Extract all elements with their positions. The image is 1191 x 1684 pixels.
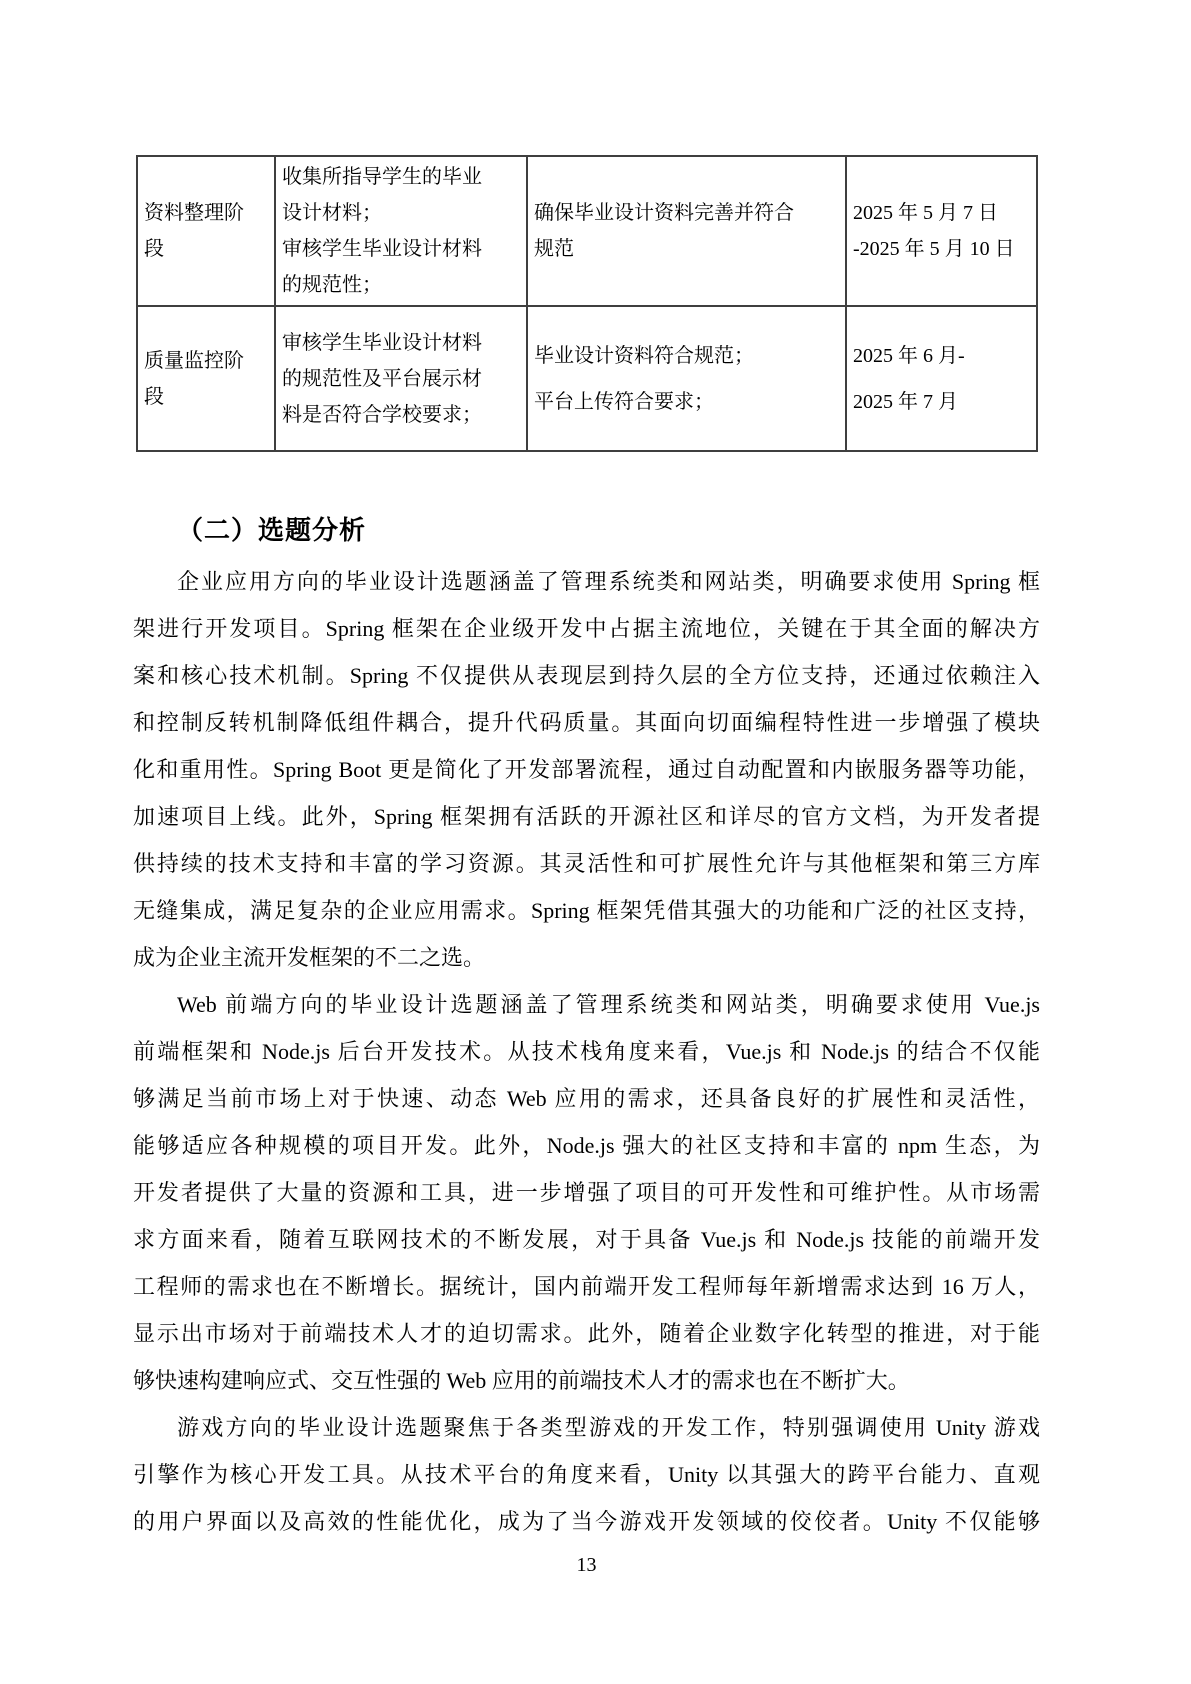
goal-cell: 确保毕业设计资料完善并符合规范 — [527, 156, 846, 306]
text-line: 2025 年 6 月- — [853, 338, 1032, 374]
text-line: 和控制反转机制降低组件耦合，提升代码质量。其面向切面编程特性进一步增强了模块 — [133, 699, 1040, 746]
text-line: 工程师的需求也在不断增长。据统计，国内前端开发工程师每年新增需求达到 16 万人… — [133, 1263, 1040, 1310]
body-text: 企业应用方向的毕业设计选题涵盖了管理系统类和网站类，明确要求使用 Spring … — [133, 558, 1040, 1545]
text-line: 前端框架和 Node.js 后台开发技术。从技术栈角度来看，Vue.js 和 N… — [133, 1028, 1040, 1075]
date-cell: 2025 年 5 月 7 日-2025 年 5 月 10 日 — [846, 156, 1037, 306]
text-line: 2025 年 5 月 7 日 — [853, 195, 1032, 231]
text-line: 确保毕业设计资料完善并符合规范 — [534, 195, 796, 267]
text-line: 能够适应各种规模的项目开发。此外，Node.js 强大的社区支持和丰富的 npm… — [133, 1122, 1040, 1169]
text-line: 案和核心技术机制。Spring 不仅提供从表现层到持久层的全方位支持，还通过依赖… — [133, 652, 1040, 699]
text-line: 2025 年 7 月 — [853, 384, 1032, 420]
page-number: 13 — [133, 1550, 1040, 1580]
text-line: 化和重用性。Spring Boot 更是简化了开发部署流程，通过自动配置和内嵌服… — [133, 746, 1040, 793]
text-line: 够快速构建响应式、交互性强的 Web 应用的前端技术人才的需求也在不断扩大。 — [133, 1357, 1040, 1404]
text-line: 加速项目上线。此外，Spring 框架拥有活跃的开源社区和详尽的官方文档，为开发… — [133, 793, 1040, 840]
schedule-table: 资料整理阶段 收集所指导学生的毕业设计材料；审核学生毕业设计材料的规范性； 确保… — [136, 155, 1038, 452]
table-row: 资料整理阶段 收集所指导学生的毕业设计材料；审核学生毕业设计材料的规范性； 确保… — [137, 156, 1037, 306]
text-line: 成为企业主流开发框架的不二之选。 — [133, 934, 1040, 981]
goal-cell: 毕业设计资料符合规范；平台上传符合要求； — [527, 306, 846, 451]
text-line: -2025 年 5 月 10 日 — [853, 231, 1032, 267]
table-row: 质量监控阶段 审核学生毕业设计材料的规范性及平台展示材料是否符合学校要求； 毕业… — [137, 306, 1037, 451]
text-line: 审核学生毕业设计材料的规范性； — [282, 231, 496, 303]
work-content-cell: 收集所指导学生的毕业设计材料；审核学生毕业设计材料的规范性； — [275, 156, 527, 306]
text-line: 架进行开发项目。Spring 框架在企业级开发中占据主流地位，关键在于其全面的解… — [133, 605, 1040, 652]
work-content-cell: 审核学生毕业设计材料的规范性及平台展示材料是否符合学校要求； — [275, 306, 527, 451]
text-line: 企业应用方向的毕业设计选题涵盖了管理系统类和网站类，明确要求使用 Spring … — [133, 558, 1040, 605]
document-page: 资料整理阶段 收集所指导学生的毕业设计材料；审核学生毕业设计材料的规范性； 确保… — [0, 0, 1191, 1684]
text-line: 够满足当前市场上对于快速、动态 Web 应用的需求，还具备良好的扩展性和灵活性， — [133, 1075, 1040, 1122]
text-line: Web 前端方向的毕业设计选题涵盖了管理系统类和网站类，明确要求使用 Vue.j… — [133, 981, 1040, 1028]
text-line: 供持续的技术支持和丰富的学习资源。其灵活性和可扩展性允许与其他框架和第三方库 — [133, 840, 1040, 887]
text-line: 平台上传符合要求； — [534, 384, 796, 420]
phase-cell: 资料整理阶段 — [137, 156, 275, 306]
text-line: 求方面来看，随着互联网技术的不断发展，对于具备 Vue.js 和 Node.js… — [133, 1216, 1040, 1263]
date-cell: 2025 年 6 月-2025 年 7 月 — [846, 306, 1037, 451]
paragraph-game: 游戏方向的毕业设计选题聚焦于各类型游戏的开发工作，特别强调使用 Unity 游戏… — [133, 1404, 1040, 1545]
paragraph-web-frontend: Web 前端方向的毕业设计选题涵盖了管理系统类和网站类，明确要求使用 Vue.j… — [133, 981, 1040, 1404]
text-line: 开发者提供了大量的资源和工具，进一步增强了项目的可开发性和可维护性。从市场需 — [133, 1169, 1040, 1216]
text-line: 引擎作为核心开发工具。从技术平台的角度来看，Unity 以其强大的跨平台能力、直… — [133, 1451, 1040, 1498]
text-line: 审核学生毕业设计材料的规范性及平台展示材料是否符合学校要求； — [282, 325, 496, 433]
text-line: 的用户界面以及高效的性能优化，成为了当今游戏开发领域的佼佼者。Unity 不仅能… — [133, 1498, 1040, 1545]
text-line: 显示出市场对于前端技术人才的迫切需求。此外，随着企业数字化转型的推进，对于能 — [133, 1310, 1040, 1357]
text-line: 游戏方向的毕业设计选题聚焦于各类型游戏的开发工作，特别强调使用 Unity 游戏 — [133, 1404, 1040, 1451]
paragraph-spring: 企业应用方向的毕业设计选题涵盖了管理系统类和网站类，明确要求使用 Spring … — [133, 558, 1040, 981]
text-line: 无缝集成，满足复杂的企业应用需求。Spring 框架凭借其强大的功能和广泛的社区… — [133, 887, 1040, 934]
text-line: 毕业设计资料符合规范； — [534, 338, 796, 374]
phase-cell: 质量监控阶段 — [137, 306, 275, 451]
text-line: 收集所指导学生的毕业设计材料； — [282, 159, 496, 231]
section-heading: （二）选题分析 — [133, 512, 1040, 548]
